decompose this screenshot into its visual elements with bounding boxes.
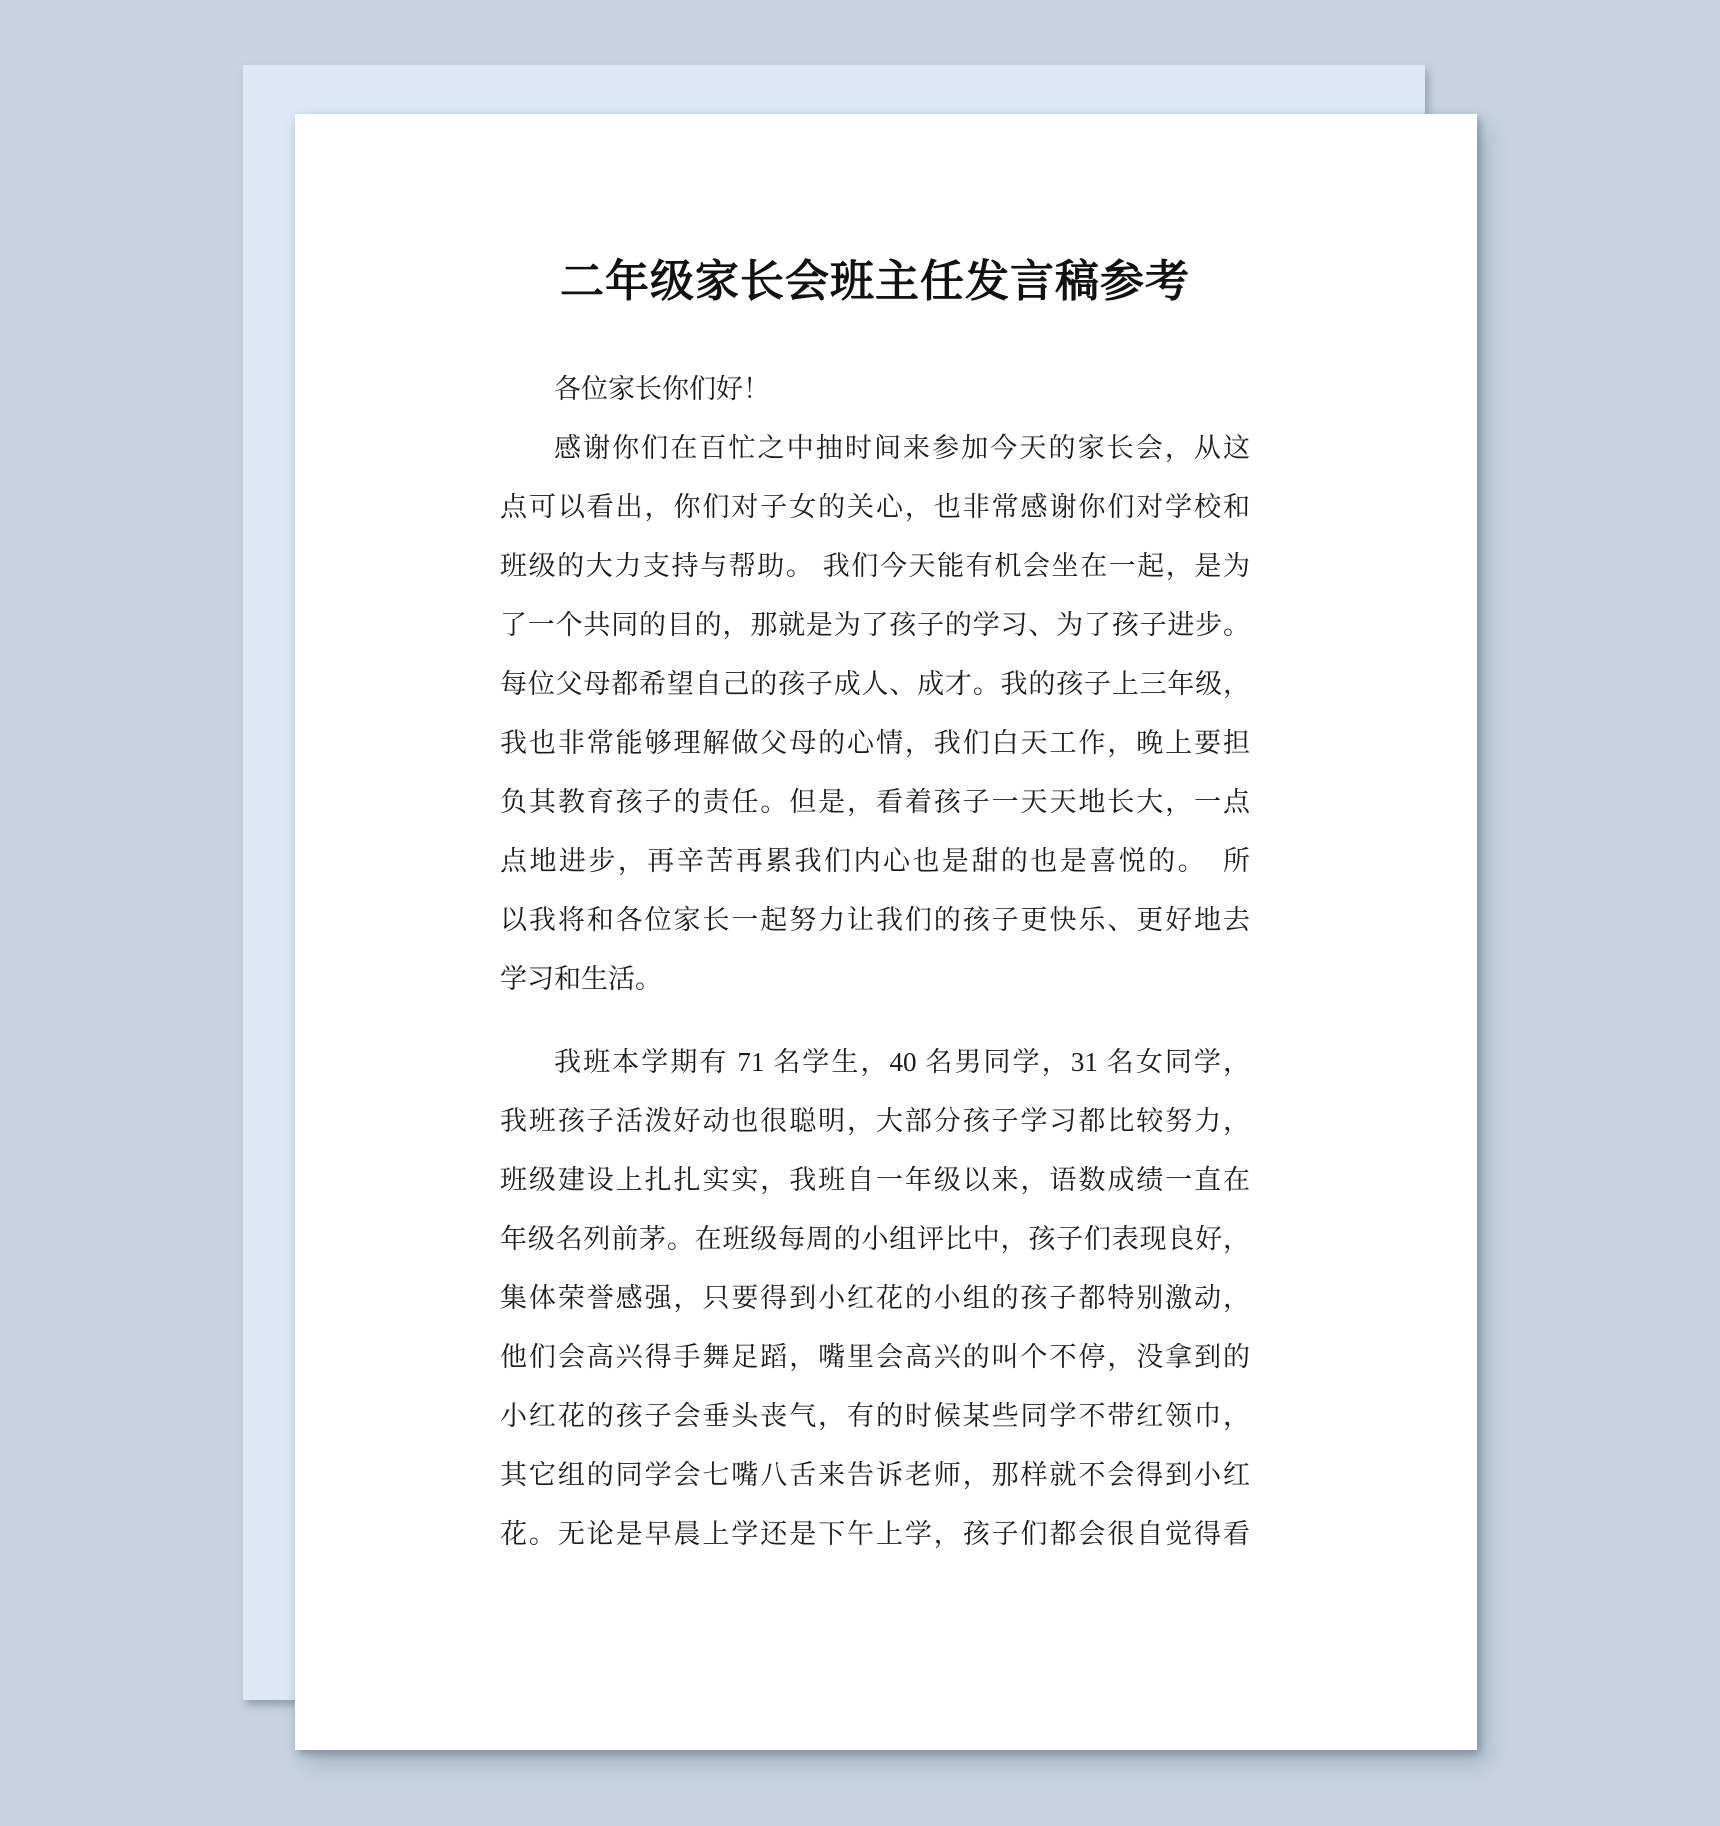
text-line: 小红花的孩子会垂头丧气，有的时候某些同学不带红领巾， bbox=[500, 1387, 1250, 1446]
document-title: 二年级家长会班主任发言稿参考 bbox=[500, 252, 1250, 312]
paragraph: 各位家长你们好！ bbox=[500, 360, 1250, 419]
paragraph: 我班本学期有 71 名学生，40 名男同学，31 名女同学，我班孩子活泼好动也很… bbox=[500, 1033, 1250, 1564]
text-line: 以我将和各位家长一起努力让我们的孩子更快乐、更好地去 bbox=[500, 891, 1250, 950]
text-line: 年级名列前茅。在班级每周的小组评比中，孩子们表现良好， bbox=[500, 1210, 1250, 1269]
text-line: 他们会高兴得手舞足蹈，嘴里会高兴的叫个不停，没拿到的 bbox=[500, 1328, 1250, 1387]
text-line: 我班孩子活泼好动也很聪明，大部分孩子学习都比较努力， bbox=[500, 1092, 1250, 1151]
desktop-background: 二年级家长会班主任发言稿参考 各位家长你们好！感谢你们在百忙之中抽时间来参加今天… bbox=[0, 0, 1720, 1826]
text-line: 感谢你们在百忙之中抽时间来参加今天的家长会，从这 bbox=[500, 419, 1250, 478]
text-line: 各位家长你们好！ bbox=[500, 360, 1250, 419]
text-line: 我也非常能够理解做父母的心情，我们白天工作，晚上要担 bbox=[500, 714, 1250, 773]
text-line: 集体荣誉感强，只要得到小红花的小组的孩子都特别激动， bbox=[500, 1269, 1250, 1328]
document-page: 二年级家长会班主任发言稿参考 各位家长你们好！感谢你们在百忙之中抽时间来参加今天… bbox=[295, 114, 1477, 1750]
text-line: 点可以看出，你们对子女的关心，也非常感谢你们对学校和 bbox=[500, 478, 1250, 537]
document-body: 各位家长你们好！感谢你们在百忙之中抽时间来参加今天的家长会，从这点可以看出，你们… bbox=[500, 360, 1250, 1564]
text-line: 班级的大力支持与帮助。 我们今天能有机会坐在一起，是为 bbox=[500, 537, 1250, 596]
paragraph: 感谢你们在百忙之中抽时间来参加今天的家长会，从这点可以看出，你们对子女的关心，也… bbox=[500, 419, 1250, 1009]
text-line: 点地进步，再辛苦再累我们内心也是甜的也是喜悦的。 所 bbox=[500, 832, 1250, 891]
text-line: 我班本学期有 71 名学生，40 名男同学，31 名女同学， bbox=[500, 1033, 1250, 1092]
text-line: 每位父母都希望自己的孩子成人、成才。我的孩子上三年级， bbox=[500, 655, 1250, 714]
text-line: 了一个共同的目的，那就是为了孩子的学习、为了孩子进步。 bbox=[500, 596, 1250, 655]
text-line: 负其教育孩子的责任。但是，看着孩子一天天地长大，一点 bbox=[500, 773, 1250, 832]
text-line: 其它组的同学会七嘴八舌来告诉老师，那样就不会得到小红 bbox=[500, 1446, 1250, 1505]
text-line: 花。无论是早晨上学还是下午上学，孩子们都会很自觉得看 bbox=[500, 1505, 1250, 1564]
text-line: 班级建设上扎扎实实，我班自一年级以来，语数成绩一直在 bbox=[500, 1151, 1250, 1210]
text-line: 学习和生活。 bbox=[500, 950, 1250, 1009]
